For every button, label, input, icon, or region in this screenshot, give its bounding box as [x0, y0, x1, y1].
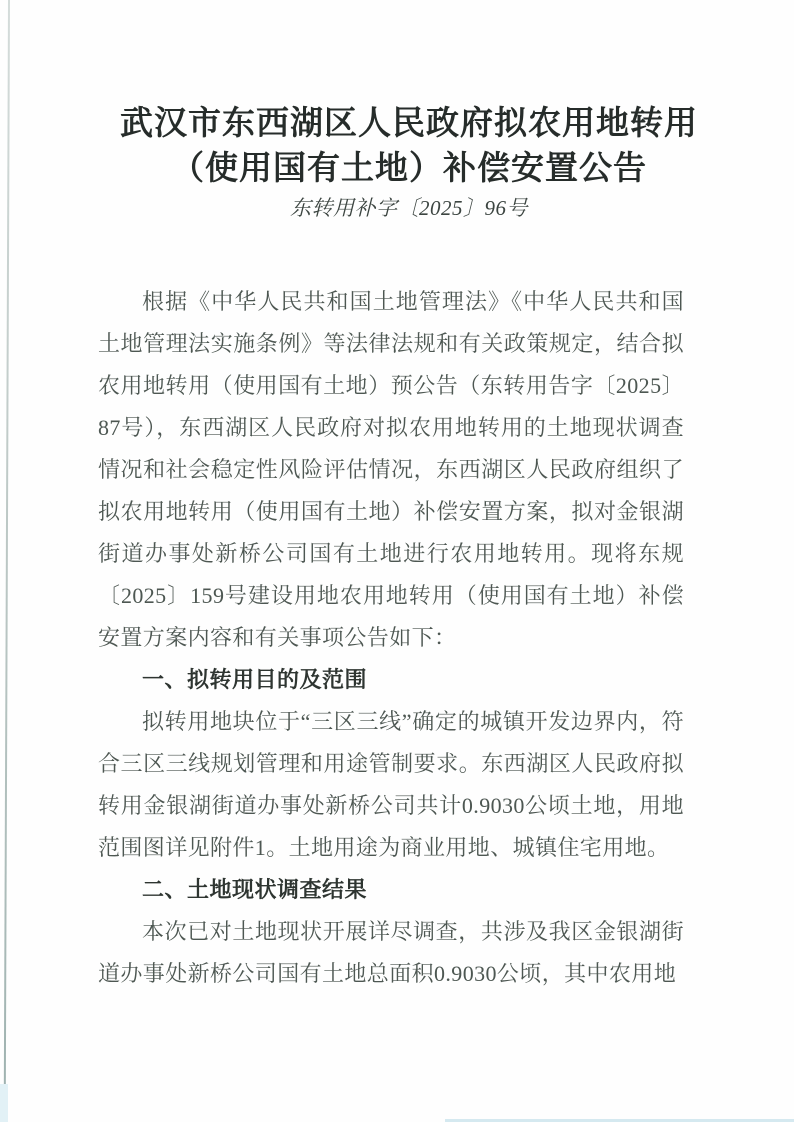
document-content: 武汉市东西湖区人民政府拟农用地转用 （使用国有土地）补偿安置公告 东转用补字〔2… — [98, 100, 684, 995]
document-header: 武汉市东西湖区人民政府拟农用地转用 （使用国有土地）补偿安置公告 东转用补字〔2… — [116, 100, 702, 223]
document-number: 东转用补字〔2025〕96号 — [116, 193, 702, 223]
scan-corner-tint — [0, 1084, 8, 1122]
document-body: 根据《中华人民共和国土地管理法》《中华人民共和国土地管理法实施条例》等法律法规和… — [98, 281, 684, 995]
paragraph-section-2: 本次已对土地现状开展详尽调查，共涉及我区金银湖街道办事处新桥公司国有土地总面积0… — [98, 911, 684, 995]
section-heading-1: 一、拟转用目的及范围 — [98, 659, 684, 701]
document-title-line1: 武汉市东西湖区人民政府拟农用地转用 — [116, 100, 702, 145]
document-title-line2: （使用国有土地）补偿安置公告 — [116, 145, 702, 190]
paragraph-intro: 根据《中华人民共和国土地管理法》《中华人民共和国土地管理法实施条例》等法律法规和… — [98, 281, 684, 659]
section-heading-2: 二、土地现状调查结果 — [98, 869, 684, 911]
paragraph-section-1: 拟转用地块位于“三区三线”确定的城镇开发边界内，符合三区三线规划管理和用途管制要… — [98, 701, 684, 869]
document-title: 武汉市东西湖区人民政府拟农用地转用 （使用国有土地）补偿安置公告 — [116, 100, 702, 190]
scan-edge-line — [4, 0, 10, 1122]
document-page: 武汉市东西湖区人民政府拟农用地转用 （使用国有土地）补偿安置公告 东转用补字〔2… — [0, 0, 794, 1122]
